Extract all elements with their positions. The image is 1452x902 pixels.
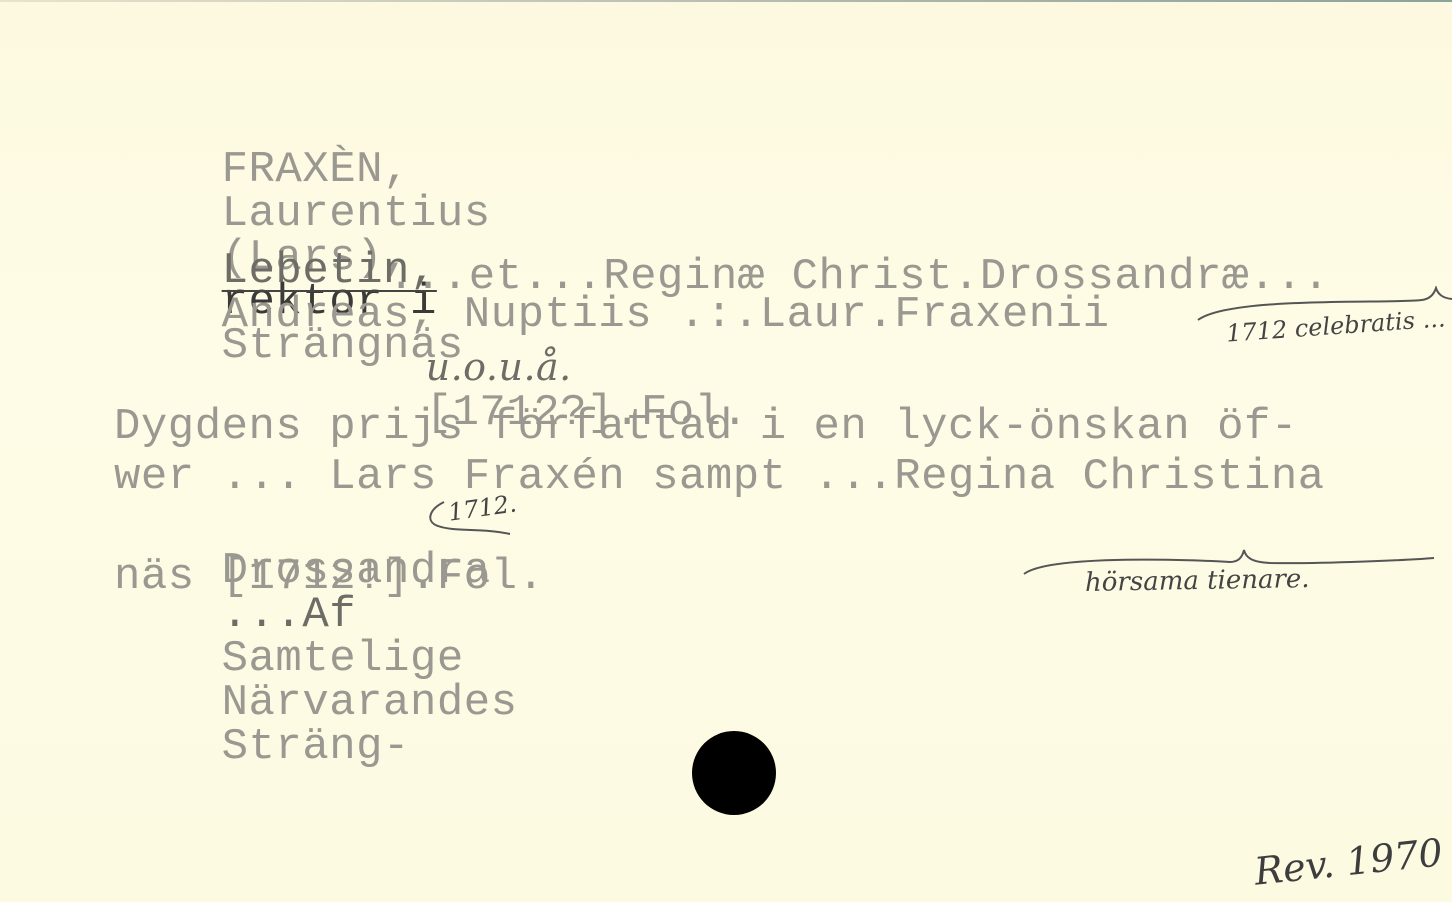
entry2-samtelige: Samtelige [222,634,464,684]
card-top-edge [0,0,1452,2]
entry2-year-mark [424,498,514,540]
heading-surname: FRAXÈN, [222,145,410,195]
entry1-no-place-no-year: u.o.u.å. [426,345,572,389]
revision-note: Rev. 1970 [1252,830,1445,894]
entry2-line1: Dygdens prijs författad i en lyck-önskan… [114,405,1298,449]
entry1-line2: ...et...Reginæ Christ.Drossandræ... [388,255,1330,299]
entry2-narvarandes: Närvarandes [222,678,518,728]
punched-hole [692,731,776,815]
entry2-strang: Sträng- [222,722,410,772]
entry2-line2: wer ... Lars Fraxén sampt ...Regina Chri… [114,455,1325,499]
entry2-line4: näs [1712!].Fol. [114,555,544,599]
entry2-handwritten-annotation: hörsama tienare. [1085,564,1310,598]
catalog-card: FRAXÈN, Laurentius (Lars), rektor i Strä… [0,0,1452,902]
